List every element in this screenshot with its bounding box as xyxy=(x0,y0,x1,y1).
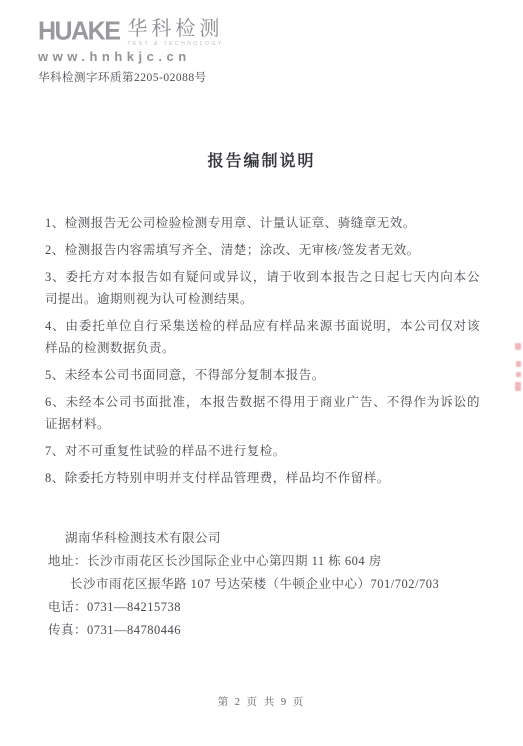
address-value-1: 长沙市雨花区长沙国际企业中心第四期 11 栋 604 房 xyxy=(87,554,382,568)
logo-tagline: TEST & TECHNOLOGY xyxy=(127,41,223,47)
phone-line: 电话：0731—84215738 xyxy=(48,596,478,619)
note-item-1: 1、检测报告无公司检验检测专用章、计量认证章、骑缝章无效。 xyxy=(45,212,480,234)
company-name: 湖南华科检测技术有限公司 xyxy=(48,527,478,550)
header: HUAKE 华科检测 TEST & TECHNOLOGY www.hnhkjc.… xyxy=(38,18,224,85)
document-page: HUAKE 华科检测 TEST & TECHNOLOGY www.hnhkjc.… xyxy=(0,0,523,746)
notes-list: 1、检测报告无公司检验检测专用章、计量认证章、骑缝章无效。 2、检测报告内容需填… xyxy=(45,212,480,494)
company-contact-block: 湖南华科检测技术有限公司 地址：长沙市雨花区长沙国际企业中心第四期 11 栋 6… xyxy=(48,527,478,642)
website-text: www.hnhkjc.cn xyxy=(38,49,224,64)
address-line-2: 长沙市雨花区振华路 107 号达荣楼（牛顿企业中心）701/702/703 xyxy=(48,573,478,596)
note-item-6: 6、未经本公司书面批准，本报告数据不得用于商业广告、不得作为诉讼的证据材料。 xyxy=(45,391,480,435)
fax-label: 传真： xyxy=(48,623,87,637)
page-number: 第 2 页 共 9 页 xyxy=(0,694,523,709)
paging-seal-fragment xyxy=(515,343,521,350)
fax-value: 0731—84780446 xyxy=(87,623,181,637)
phone-value: 0731—84215738 xyxy=(87,600,181,614)
note-item-4: 4、由委托单位自行采集送检的样品应有样品来源书面说明，本公司仅对该样品的检测数据… xyxy=(45,315,480,359)
page-title: 报告编制说明 xyxy=(0,148,523,171)
note-item-5: 5、未经本公司书面同意，不得部分复制本报告。 xyxy=(45,364,480,386)
note-item-8: 8、除委托方特别申明并支付样品管理费，样品均不作留样。 xyxy=(45,467,480,489)
note-item-2: 2、检测报告内容需填写齐全、清楚；涂改、无审核/签发者无效。 xyxy=(45,239,480,261)
paging-seal-fragment xyxy=(515,382,521,391)
logo-cn-block: 华科检测 TEST & TECHNOLOGY xyxy=(127,18,223,47)
report-number: 华科检测字环质第2205-02088号 xyxy=(38,69,224,85)
paging-seal-fragment xyxy=(516,361,521,367)
note-item-3: 3、委托方对本报告如有疑问或异议，请于收到本报告之日起七天内向本公司提出。逾期则… xyxy=(45,266,480,310)
address-line-1: 地址：长沙市雨花区长沙国际企业中心第四期 11 栋 604 房 xyxy=(48,550,478,573)
fax-line: 传真：0731—84780446 xyxy=(48,619,478,642)
paging-seal-fragment xyxy=(516,372,521,377)
phone-label: 电话： xyxy=(48,600,87,614)
note-item-7: 7、对不可重复性试验的样品不进行复检。 xyxy=(45,440,480,462)
logo-wordmark-en: HUAKE xyxy=(38,17,119,44)
logo-wordmark-cn: 华科检测 xyxy=(127,18,223,40)
company-logo: HUAKE 华科检测 TEST & TECHNOLOGY xyxy=(38,18,224,47)
address-label: 地址： xyxy=(48,554,87,568)
